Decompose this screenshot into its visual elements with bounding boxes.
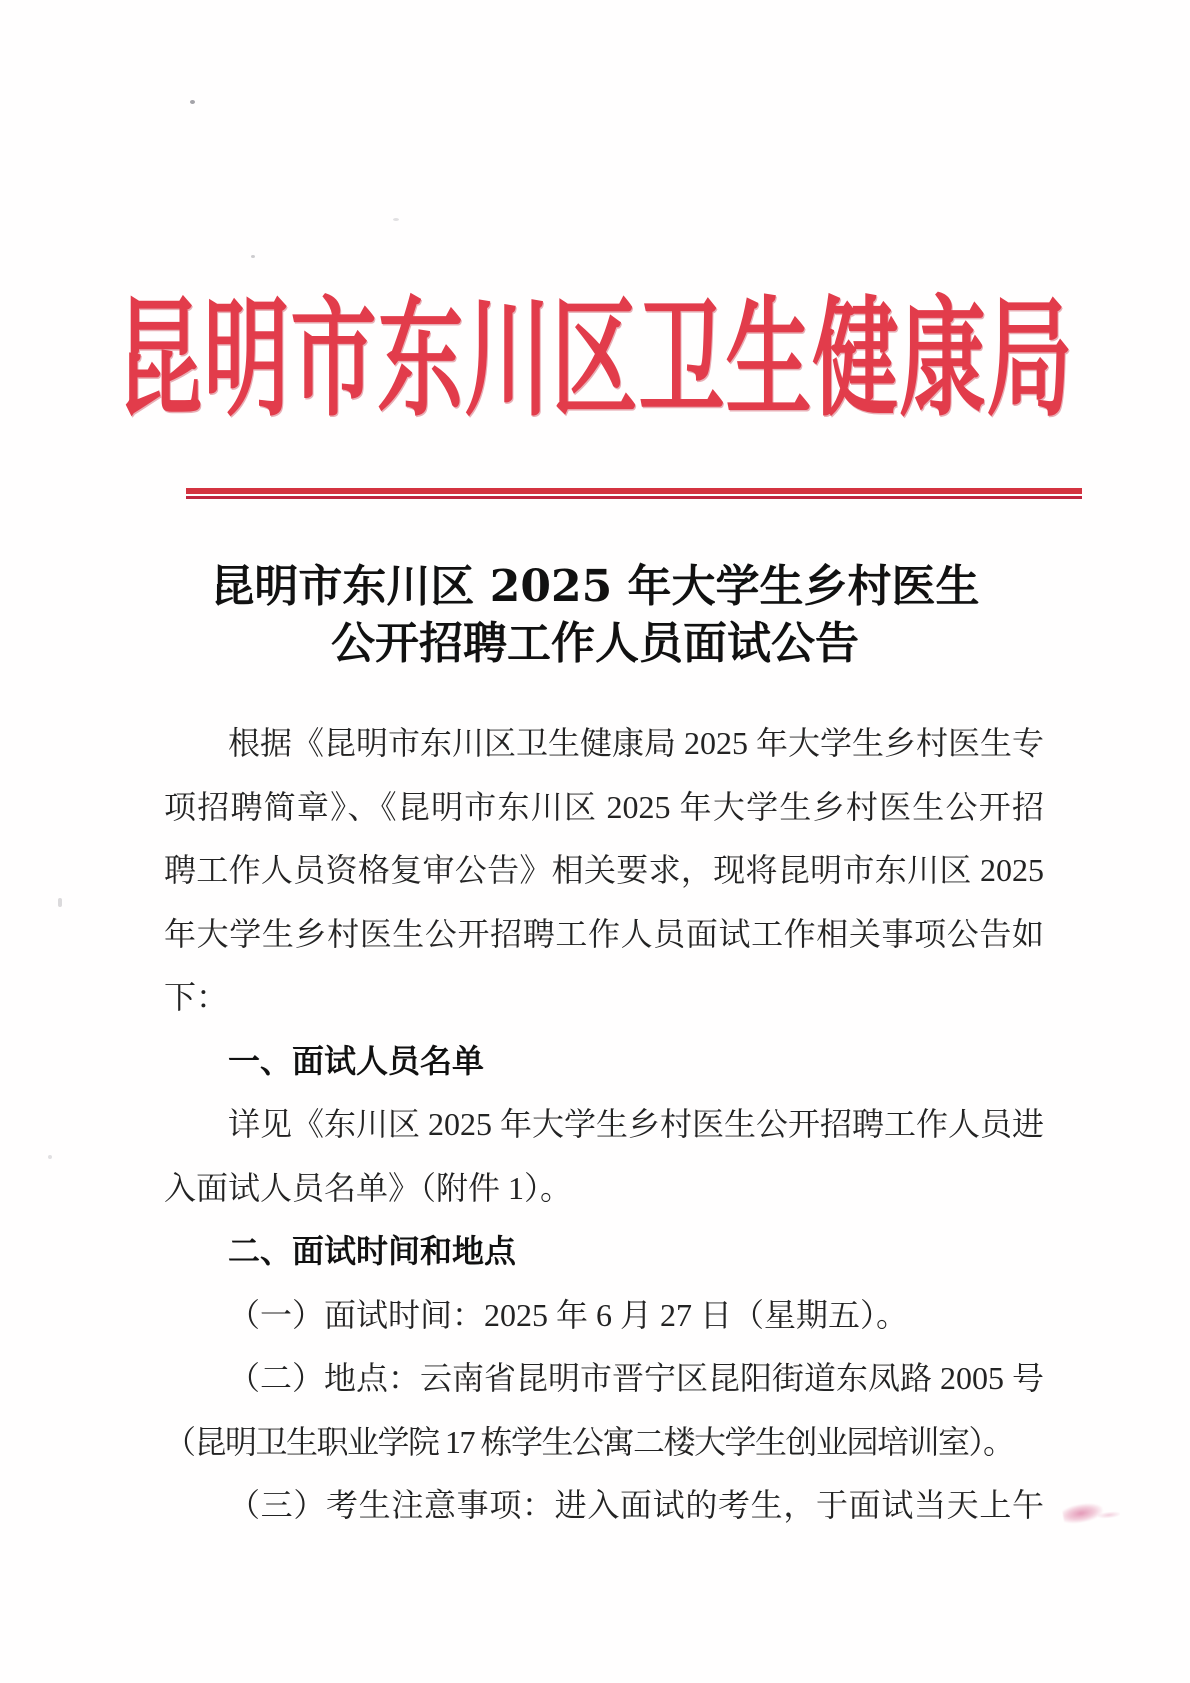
pink-ink-smudge-tail: [1098, 1511, 1121, 1519]
letterhead-double-rule: [186, 488, 1082, 499]
paragraph-2-line: 详见《东川区 2025 年大学生乡村医生公开招聘工作人员进: [164, 1093, 1044, 1157]
paragraph-1-line: 聘工作人员资格复审公告》相关要求，现将昆明市东川区 2025: [164, 839, 1044, 903]
section-heading-1: 一、面试人员名单: [164, 1030, 1044, 1094]
section-heading-2: 二、面试时间和地点: [164, 1220, 1044, 1284]
paragraph-2-line: 入面试人员名单》（附件 1）。: [164, 1157, 1044, 1221]
scan-speck: [251, 255, 255, 258]
scan-speck: [393, 218, 399, 221]
rule-thin: [186, 496, 1082, 499]
paragraph-4-line: （昆明卫生职业学院 17 栋学生公寓二楼大学生创业园培训室）。: [164, 1411, 1044, 1475]
scanned-document-page: 昆明市东川区卫生健康局 昆明市东川区 2025 年大学生乡村医生 公开招聘工作人…: [0, 0, 1190, 1683]
paragraph-1-line: 下：: [164, 966, 1044, 1030]
scan-speck: [58, 898, 62, 907]
document-title-line1: 昆明市东川区 2025 年大学生乡村医生: [155, 558, 1035, 615]
letterhead-org-name: 昆明市东川区卫生健康局: [117, 296, 1074, 425]
paragraph-1-line: 根据《昆明市东川区卫生健康局 2025 年大学生乡村医生专: [164, 712, 1044, 776]
rule-thick: [186, 488, 1082, 494]
scan-speck: [48, 1155, 52, 1159]
paragraph-1-line: 项招聘简章》、《昆明市东川区 2025 年大学生乡村医生公开招: [164, 776, 1044, 840]
paragraph-5-line: （三）考生注意事项：进入面试的考生，于面试当天上午: [164, 1474, 1044, 1538]
document-body: 根据《昆明市东川区卫生健康局 2025 年大学生乡村医生专 项招聘简章》、《昆明…: [164, 712, 1044, 1538]
scan-speck: [190, 100, 195, 104]
document-title-line2: 公开招聘工作人员面试公告: [155, 615, 1035, 672]
paragraph-4-line: （二）地点：云南省昆明市晋宁区昆阳街道东凤路 2005 号: [164, 1347, 1044, 1411]
paragraph-1-line: 年大学生乡村医生公开招聘工作人员面试工作相关事项公告如: [164, 903, 1044, 967]
letterhead: 昆明市东川区卫生健康局: [0, 317, 1190, 403]
document-title: 昆明市东川区 2025 年大学生乡村医生 公开招聘工作人员面试公告: [155, 558, 1035, 672]
paragraph-3-line: （一）面试时间：2025 年 6 月 27 日（星期五）。: [164, 1284, 1044, 1348]
